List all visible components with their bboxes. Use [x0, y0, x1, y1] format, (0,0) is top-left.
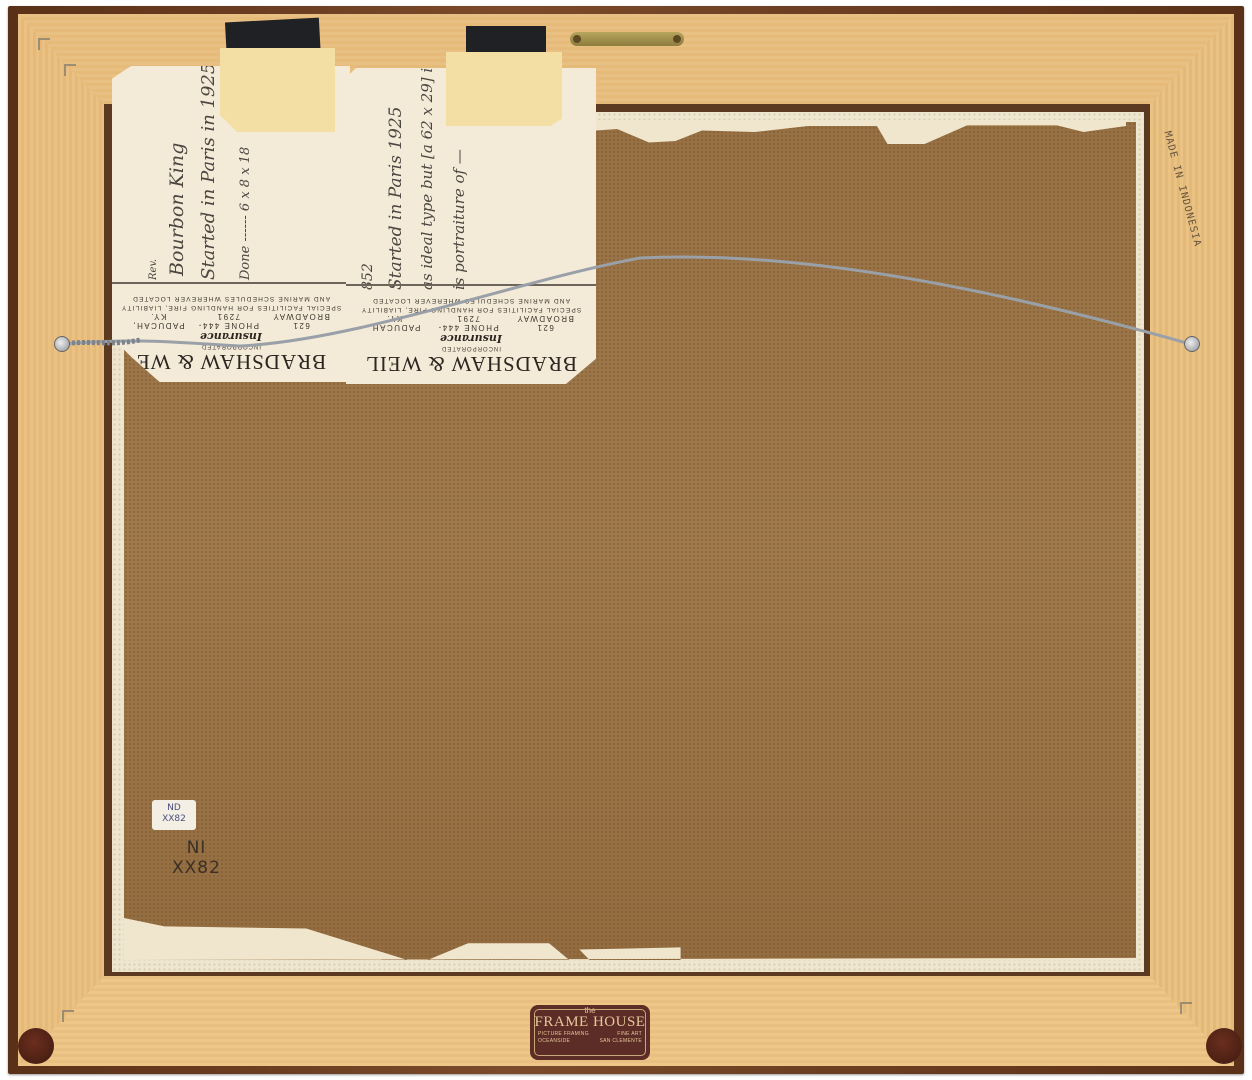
special-text: SPECIAL FACILITIES FOR HANDLING FIRE, LI… [112, 303, 350, 312]
frame-right-rail [1150, 14, 1234, 1066]
frame-left-rail [18, 14, 104, 1066]
masking-tape [220, 48, 335, 132]
city: PADUCAH, KY. [360, 314, 428, 332]
phone: PHONE 444-7291 [190, 312, 266, 330]
sawtooth-hanger [570, 32, 684, 46]
tag-line-1: ND [152, 803, 196, 814]
company-name: BRADSHAW & WE [112, 349, 350, 374]
handwriting-started: Started in Paris in 1925 [198, 63, 219, 280]
felt-bumper-left-icon [18, 1028, 54, 1064]
letterhead-right: BRADSHAW & WEIL INCORPORATED Insurance 6… [346, 284, 596, 384]
handwriting-rev: Rev. [148, 259, 159, 280]
felt-bumper-right-icon [1206, 1028, 1242, 1064]
special-text: SPECIAL FACILITIES FOR HANDLING FIRE, LI… [346, 305, 596, 314]
screw-eye-right-icon [1184, 336, 1200, 352]
staple-icon [64, 64, 76, 76]
tag-line-2: XX82 [152, 814, 196, 825]
frame-house-label: the FRAME HOUSE PICTURE FRAMING FINE ART… [530, 1005, 650, 1060]
handwriting-portraiture: is portraiture of — [450, 149, 468, 290]
masking-tape [446, 52, 562, 126]
handwriting-done: Done ------ 6 x 8 x 18 [238, 147, 253, 280]
address: 621 BROADWAY [266, 312, 336, 330]
handwriting-ideal-type: as ideal type but [a 62 x 29] it [418, 62, 436, 290]
hand-line-2: XX82 [172, 858, 221, 878]
address: 621 BROADWAY [508, 314, 582, 332]
insurance-text: Insurance [346, 332, 596, 345]
marine-text: AND MARINE SCHEDULES WHEREVER LOCATED [346, 296, 596, 305]
screw-eye-left-icon [54, 336, 70, 352]
staple-icon [62, 1010, 74, 1022]
marine-text: AND MARINE SCHEDULES WHEREVER LOCATED [112, 294, 350, 303]
inventory-handwriting: NI XX82 [172, 838, 221, 878]
staple-icon [38, 38, 50, 50]
address-line: 621 BROADWAY PHONE 444-7291 PADUCAH, KY. [346, 314, 596, 332]
phone: PHONE 444-7291 [428, 314, 508, 332]
insurance-text: Insurance [112, 330, 350, 343]
hand-line-1: NI [172, 838, 221, 858]
staple-icon [1180, 1002, 1192, 1014]
city: PADUCAH, KY. [126, 312, 190, 330]
inventory-tag: ND XX82 [152, 800, 196, 830]
handwriting-started: Started in Paris 1925 [386, 107, 406, 290]
handwriting-title: Bourbon King [166, 143, 188, 276]
company-name: BRADSHAW & WEIL [346, 351, 596, 376]
address-line: 621 BROADWAY PHONE 444-7291 PADUCAH, KY. [112, 312, 350, 330]
letterhead-left: BRADSHAW & WE INCORPORATED Insurance 621… [112, 282, 350, 382]
